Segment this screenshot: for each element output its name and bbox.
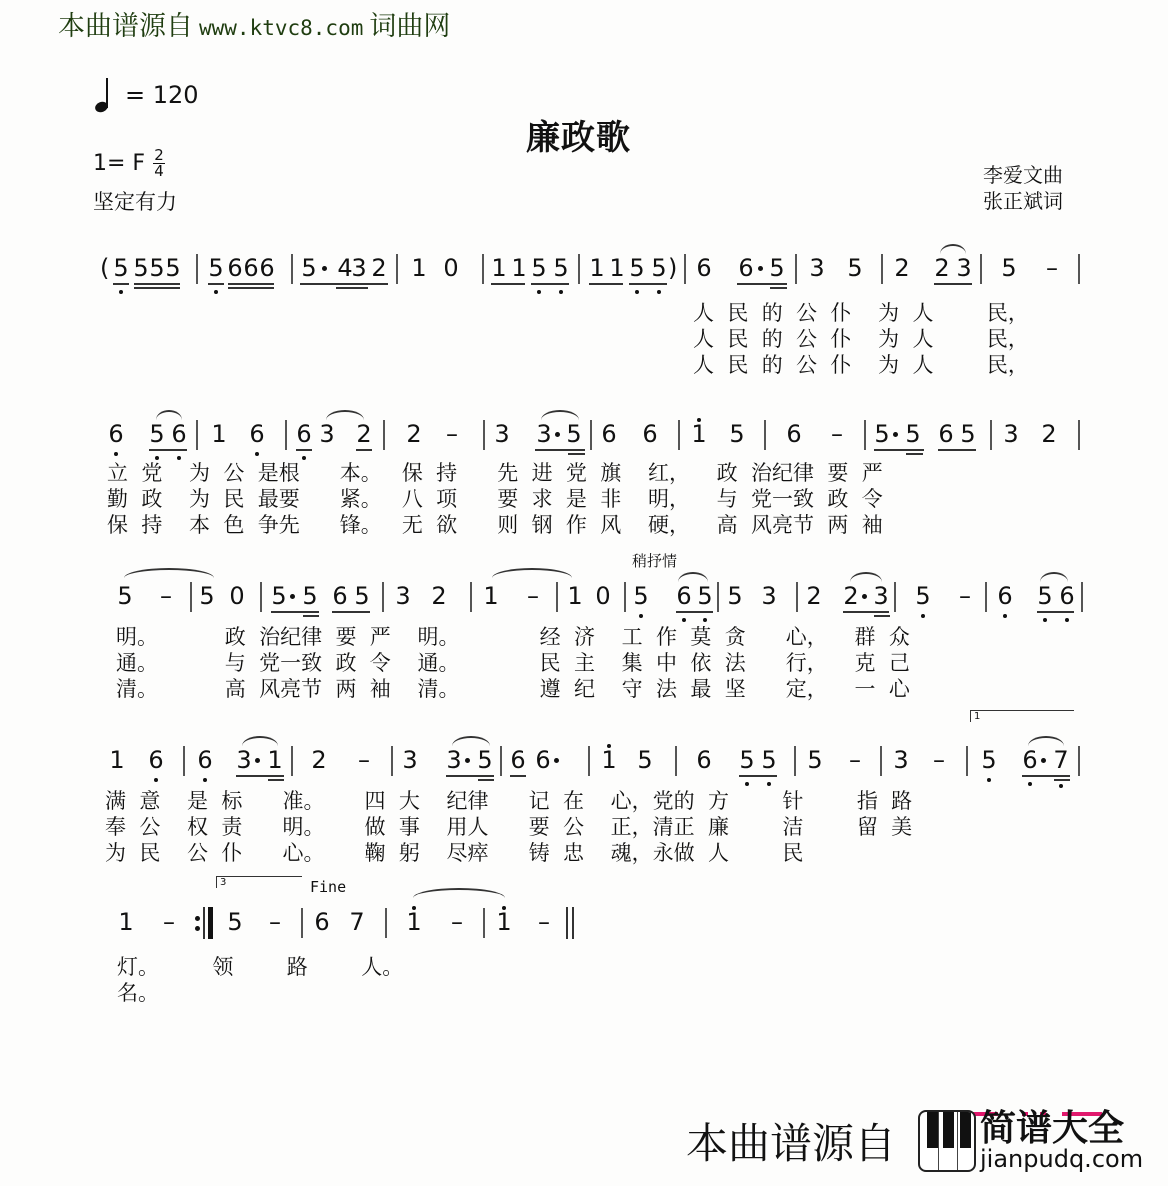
lyric-verse-1: 满 意 是 标 准。 四 大 纪律 记 在 心，党的 方 针 指 路 (105, 788, 912, 814)
tempo-marking: = 120 (95, 78, 199, 112)
lyric-verse-2: 通。 与 党一致 政 令 通。 民 主 集 中 依 法 行， 克 己 (116, 650, 910, 676)
volta-1: 1 (970, 710, 1074, 722)
lyric-verse-1: 人 民 的 公 仆 为 人 民， (693, 300, 1029, 326)
lyric-verse-3: 清。 高 风亮节 两 袖 清。 遵 纪 守 法 最 坚 定， 一 心 (116, 676, 910, 702)
lyric-verse-2: 奉 公 权 责 明。 做 事 用人 要 公 正，清正 廉 洁 留 美 (105, 814, 912, 840)
time-sig-top: 2 (154, 148, 164, 163)
song-title: 廉政歌 (526, 110, 631, 159)
volta-3: 3 (216, 876, 302, 888)
footer-source-label: 本曲谱源自 (686, 1111, 896, 1171)
logo-url: jianpudq.com (980, 1147, 1143, 1171)
expression-annotation: 稍抒情 (632, 550, 677, 571)
watermark-suffix: 词曲网 (369, 11, 450, 42)
logo-title: 简谱大全 (980, 1111, 1143, 1147)
key-label: 1= F (93, 151, 145, 176)
lyric-verse-2: 人 民 的 公 仆 为 人 民， (693, 326, 1029, 352)
lyric-verse-3: 为 民 公 仆 心。 鞠 躬 尽瘁 铸 忠 魂，永做 人 民 (105, 840, 803, 866)
source-watermark: 本曲谱源自www.ktvc8.com词曲网 (58, 4, 450, 43)
expression-marking: 坚定有力 (93, 186, 177, 216)
lyric-verse-1: 明。 政 治纪律 要 严 明。 经 济 工 作 莫 贪 心， 群 众 (116, 624, 910, 650)
fine-marking: Fine (310, 878, 346, 896)
watermark-prefix: 本曲谱源自 (58, 11, 193, 42)
lyric-verse-3: 保 持 本 色 争先 锋。 无 欲 则 钢 作 风 硬， 高 风亮节 两 袖 (107, 512, 883, 538)
composer: 李爱文曲 (983, 162, 1063, 188)
lyric-verse-1: 立 党 为 公 是根 本。 保 持 先 进 党 旗 红， 政 治纪律 要 严 (107, 460, 883, 486)
lyric-verse-2: 勤 政 为 民 最要 紧。 八 项 要 求 是 非 明， 与 党一致 政 令 (107, 486, 883, 512)
footer-source: 本曲谱源自 简谱大全 jianpudq.com (686, 1110, 1143, 1172)
quarter-note-icon (95, 78, 111, 112)
lyric-verse-1: 灯。 领 路 人。 (117, 954, 403, 980)
time-signature: 2 4 (153, 148, 165, 179)
time-sig-bottom: 4 (154, 164, 164, 179)
key-signature: 1= F 2 4 (93, 148, 165, 179)
lyric-verse-3: 人 民 的 公 仆 为 人 民， (693, 352, 1029, 378)
tempo-value: = 120 (125, 81, 199, 109)
lyric-verse-2: 名。 (117, 980, 159, 1006)
jianpudq-logo[interactable]: 简谱大全 jianpudq.com (918, 1110, 1143, 1172)
piano-keys-icon (918, 1110, 976, 1172)
credits: 李爱文曲 张正斌词 (983, 162, 1063, 214)
lyricist: 张正斌词 (983, 188, 1063, 214)
watermark-url[interactable]: www.ktvc8.com (199, 16, 363, 40)
